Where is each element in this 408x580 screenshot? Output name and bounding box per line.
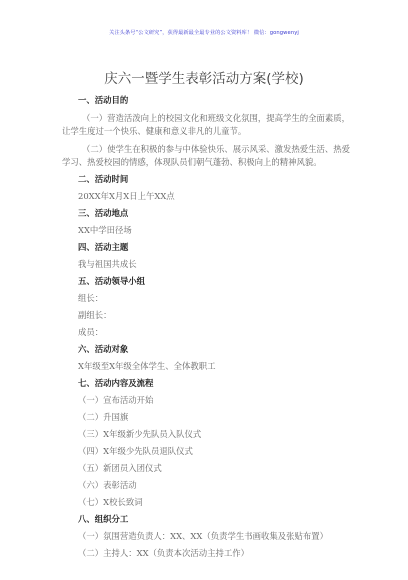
paragraph-line: 学习、热爱校园的情感，体现队员们朝气蓬勃、积极向上的精神风貌。 <box>62 156 322 168</box>
paragraph-line: （一）营造活泼向上的校园文化和班级文化氛围，提高学生的全面素质， <box>82 112 350 124</box>
paragraph-line: 副组长： <box>78 309 112 321</box>
paragraph-line: 成员： <box>78 326 103 338</box>
paragraph-line: （七）X校长致词 <box>78 496 143 508</box>
paragraph-line: （二）主持人：XX（负责本次活动主持工作） <box>78 547 249 559</box>
section-heading: 四、活动主题 <box>78 241 128 253</box>
section-heading: 七、活动内容及流程 <box>78 377 153 389</box>
section-heading: 五、活动领导小组 <box>78 275 145 287</box>
paragraph-line: （四）X年级少先队员退队仪式 <box>78 445 193 457</box>
paragraph-line: 组长： <box>78 292 103 304</box>
section-heading: 八、组织分工 <box>78 513 128 525</box>
section-heading: 二、活动时间 <box>78 173 128 185</box>
paragraph-line: （三）X年级新少先队员入队仪式 <box>78 428 201 440</box>
paragraph-line: 让学生度过一个快乐、健康和意义非凡的儿童节。 <box>62 125 246 137</box>
document-title: 庆六一暨学生表彰活动方案(学校) <box>0 67 408 87</box>
paragraph-line: （一）氛围营造负责人：XX、XX（负责学生书画收集及张贴布置） <box>78 530 328 542</box>
promo-banner: 关注头条号“公文研究”，获得最新最全最专业的公文资料库！ 微信：gongweny… <box>0 29 408 36</box>
section-heading: 一、活动目的 <box>78 94 128 106</box>
paragraph-line: X年级至X年级全体学生、全体教职工 <box>78 360 216 372</box>
paragraph-line: （一）宣布活动开始 <box>78 394 153 406</box>
paragraph-line: 我与祖国共成长 <box>78 258 137 270</box>
paragraph-line: （六）表彰活动 <box>78 479 137 491</box>
paragraph-line: （二）升国旗 <box>78 411 128 423</box>
section-heading: 六、活动对象 <box>78 343 128 355</box>
section-heading: 三、活动地点 <box>78 207 128 219</box>
paragraph-line: （五）新团员入团仪式 <box>78 462 162 474</box>
paragraph-line: 20XX年X月X日上午XX点 <box>78 190 175 202</box>
paragraph-line: XX中学田径场 <box>78 224 132 236</box>
paragraph-line: （二）使学生在积极的参与中体验快乐、展示风采、激发热爱生活、热爱 <box>82 143 350 155</box>
